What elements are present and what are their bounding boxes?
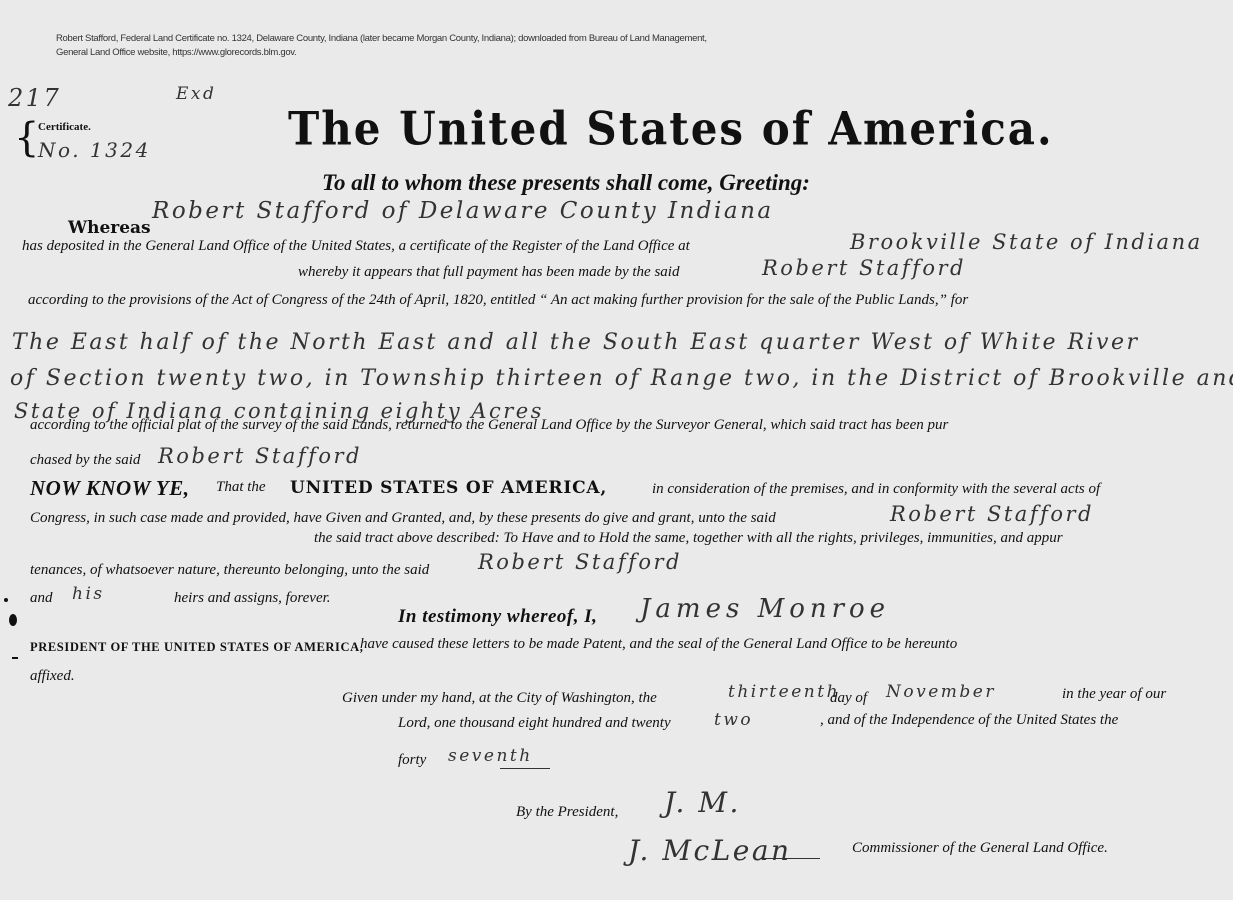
purchased-by-clause: chased by the said bbox=[30, 452, 140, 469]
heirs-clause: heirs and assigns, forever. bbox=[174, 590, 331, 607]
united-states-caps: UNITED STATES OF AMERICA, bbox=[290, 478, 607, 498]
now-know-ye: NOW KNOW YE, bbox=[30, 476, 189, 501]
certificate-label: Certificate. bbox=[38, 121, 91, 133]
land-office-handwritten: Brookville State of Indiana bbox=[850, 230, 1203, 254]
testimony-label: In testimony whereof, I, bbox=[398, 606, 597, 628]
caption-line-2: General Land Office website, https://www… bbox=[56, 46, 886, 60]
given-clause-a: Given under my hand, at the City of Wash… bbox=[342, 690, 657, 707]
act-of-congress-clause: according to the provisions of the Act o… bbox=[28, 292, 968, 309]
year-handwritten: two bbox=[714, 710, 753, 730]
given-clause-c: in the year of our bbox=[1062, 686, 1166, 703]
greeting: To all to whom these presents shall come… bbox=[322, 170, 810, 196]
document-title: The United States of America. bbox=[288, 102, 1054, 156]
tract-description-line-2: of Section twenty two, in Township thirt… bbox=[10, 366, 1233, 391]
habendum-clause: the said tract above described: To Have … bbox=[314, 530, 1063, 547]
certificate-number: No. 1324 bbox=[38, 138, 151, 162]
commissioner-title: Commissioner of the General Land Office. bbox=[852, 840, 1108, 857]
month-handwritten: November bbox=[886, 682, 996, 702]
president-title-caps: PRESIDENT OF THE UNITED STATES OF AMERIC… bbox=[30, 640, 363, 655]
forty-word: forty bbox=[398, 752, 426, 769]
payment-clause: whereby it appears that full payment has… bbox=[298, 264, 679, 281]
president-initials-signature: J. M. bbox=[664, 786, 741, 819]
year-clause-b: , and of the Independence of the United … bbox=[820, 712, 1118, 729]
certificate-brace: { bbox=[14, 118, 39, 158]
payer-name-handwritten: Robert Stafford bbox=[762, 256, 966, 280]
tract-description-line-1: The East half of the North East and all … bbox=[12, 330, 1140, 355]
grantee-name-3-handwritten: Robert Stafford bbox=[478, 550, 682, 574]
given-clause-b: day of bbox=[830, 690, 867, 707]
grantee-name-2-handwritten: Robert Stafford bbox=[890, 502, 1094, 526]
president-name-handwritten: James Monroe bbox=[640, 594, 890, 624]
year-clause-a: Lord, one thousand eight hundred and twe… bbox=[398, 715, 671, 732]
grantee-name-handwritten: Robert Stafford of Delaware County India… bbox=[152, 198, 774, 224]
ink-dot bbox=[4, 598, 8, 602]
and-word: and bbox=[30, 590, 53, 607]
his-handwritten: his bbox=[72, 584, 105, 604]
whereas-label: Whereas bbox=[68, 218, 151, 238]
day-handwritten: thirteenth bbox=[728, 682, 840, 702]
flourish-line bbox=[500, 768, 550, 769]
ink-dash bbox=[12, 657, 18, 659]
source-caption: Robert Stafford, Federal Land Certificat… bbox=[56, 32, 886, 60]
file-number-note: 217 bbox=[8, 84, 61, 112]
caption-line-1: Robert Stafford, Federal Land Certificat… bbox=[56, 32, 886, 46]
ink-blot bbox=[9, 614, 17, 626]
examined-note: Exd bbox=[176, 84, 216, 104]
independence-year-handwritten: seventh bbox=[448, 746, 533, 766]
by-the-president-label: By the President, bbox=[516, 804, 618, 821]
appurtenances-clause: tenances, of whatsoever nature, thereunt… bbox=[30, 562, 429, 579]
that-the: That the bbox=[216, 479, 266, 496]
deposit-clause: has deposited in the General Land Office… bbox=[22, 238, 690, 255]
commissioner-signature: J. McLean bbox=[628, 834, 792, 867]
purchaser-name-handwritten: Robert Stafford bbox=[158, 444, 362, 468]
consideration-clause: in consideration of the premises, and in… bbox=[652, 481, 1100, 498]
grant-clause: Congress, in such case made and provided… bbox=[30, 510, 776, 527]
survey-clause: according to the official plat of the su… bbox=[30, 417, 948, 434]
affixed-word: affixed. bbox=[30, 668, 75, 685]
patent-clause: have caused these letters to be made Pat… bbox=[360, 636, 957, 653]
commissioner-signature-line bbox=[760, 858, 820, 859]
